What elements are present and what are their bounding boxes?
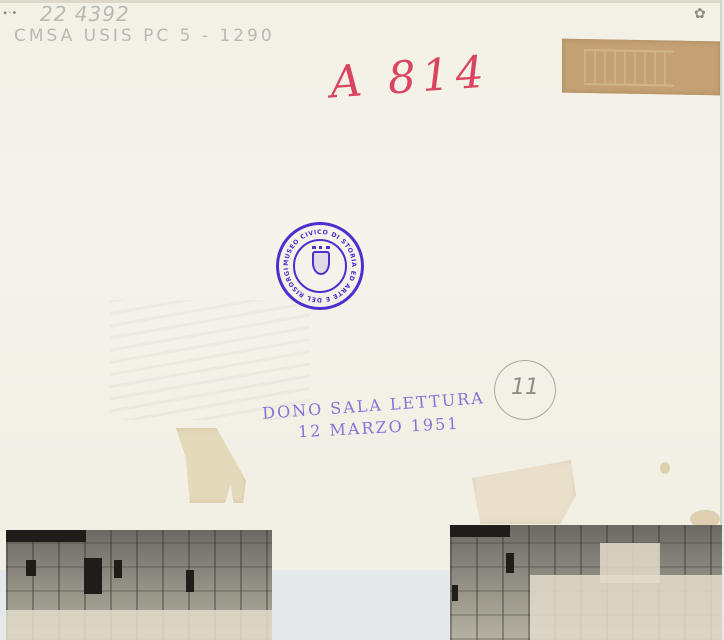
museum-stamp: MUSEO CIVICO DI STORIA ED ARTE E DEL RIS… [276,222,364,310]
circled-number: 11 [494,360,556,420]
tape-image-remnant [584,49,674,87]
photo-fragment-right [450,525,722,640]
paper-scrap-left [176,428,246,503]
corner-mark-icon: ✿ [694,6,706,22]
tape-strip-top [562,39,720,96]
paper-scrap-right [472,460,576,524]
pencil-scribble: ∙·• [2,8,17,19]
shield-icon [312,251,330,275]
photo-back-sheet: ∙·• 22 4392 CMSA USIS PC 5 - 1290 A 814 … [0,0,720,570]
stain-mark [660,462,670,474]
photo-fragment-left [6,530,272,640]
red-inventory-code: A 814 [328,46,491,108]
catalog-number: 22 4392 [40,2,130,26]
reference-note: CMSA USIS PC 5 - 1290 [14,26,275,46]
